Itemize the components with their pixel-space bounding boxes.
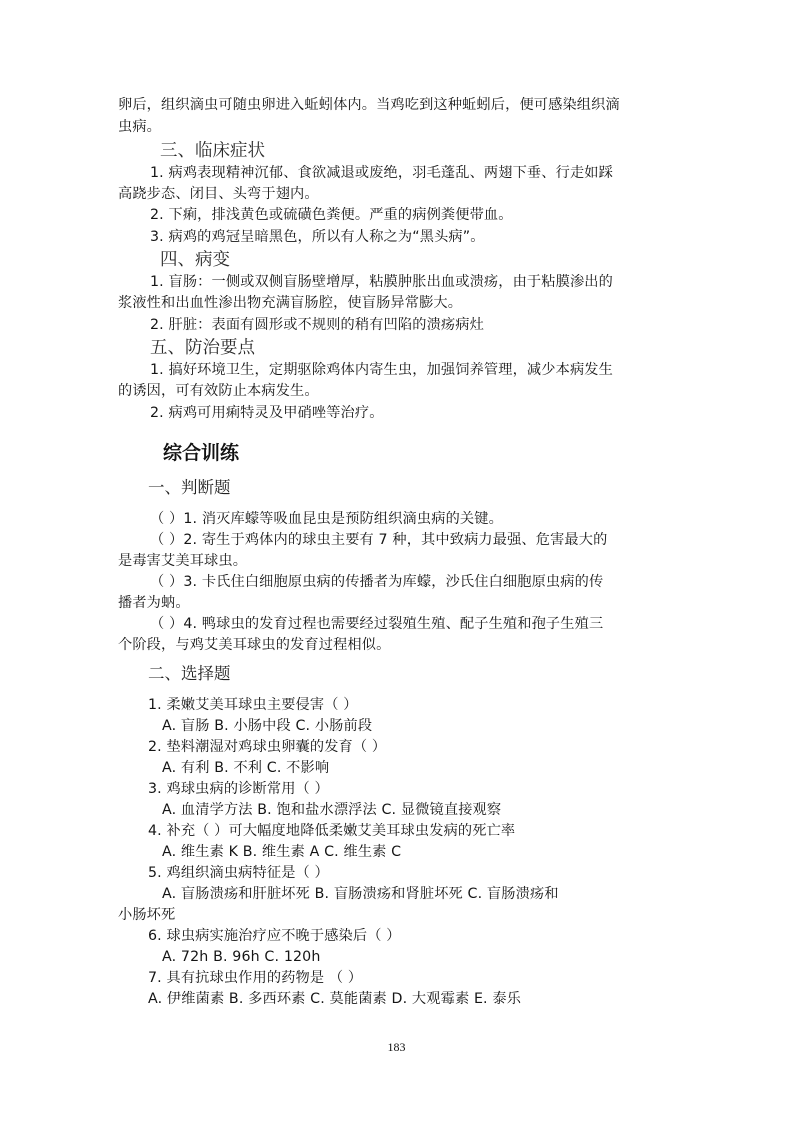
paragraph-line: 1. 病鸡表现精神沉郁、食欲减退或废绝，羽毛蓬乱、两翅下垂、行走如踩 — [150, 163, 613, 183]
choice-options: A. 伊维菌素 B. 多西环素 C. 莫能菌素 D. 大观霉素 E. 泰乐 — [148, 989, 521, 1009]
choice-options: A. 维生素 K B. 维生素 A C. 维生素 C — [162, 842, 401, 862]
choice-question: 1. 柔嫩艾美耳球虫主要侵害（ ） — [148, 695, 358, 715]
choice-question: 6. 球虫病实施治疗应不晚于感染后（ ） — [148, 926, 401, 946]
choice-options: A. 盲肠溃疡和肝脏坏死 B. 盲肠溃疡和肾脏坏死 C. 盲肠溃疡和 — [162, 884, 559, 904]
judge-item-continued: 个阶段，与鸡艾美耳球虫的发育过程相似。 — [118, 635, 390, 655]
paragraph-line: 2. 下痢，排浅黄色或硫磺色粪便。严重的病例粪便带血。 — [150, 205, 513, 225]
paragraph-line: 1. 盲肠：一侧或双侧盲肠壁增厚，粘膜肿胀出血或溃疡，由于粘膜渗出的 — [150, 272, 613, 292]
training-title: 综合训练 — [163, 441, 239, 465]
paragraph-line: 高跷步态、闭目、头弯于翅内。 — [118, 184, 319, 204]
judge-item-continued: 播者为蚋。 — [118, 593, 190, 613]
paragraph-line: 浆液性和出血性渗出物充满盲肠腔，使盲肠异常膨大。 — [118, 293, 462, 313]
judge-section-heading: 一、判断题 — [148, 477, 231, 499]
paragraph-line: 的诱因，可有效防止本病发生。 — [118, 381, 319, 401]
judge-item-continued: 是毒害艾美耳球虫。 — [118, 551, 247, 571]
paragraph-line: 卵后，组织滴虫可随虫卵进入蚯蚓体内。当鸡吃到这种蚯蚓后，便可感染组织滴 — [118, 95, 620, 115]
paragraph-line: 3. 病鸡的鸡冠呈暗黑色，所以有人称之为“黑头病”。 — [150, 227, 485, 247]
choice-question: 3. 鸡球虫病的诊断常用（ ） — [148, 779, 329, 799]
section-heading-lesions: 四、病变 — [160, 249, 230, 271]
choice-options: A. 72h B. 96h C. 120h — [162, 947, 321, 967]
choice-options-continued: 小肠坏死 — [118, 905, 175, 925]
document-page: 卵后，组织滴虫可随虫卵进入蚯蚓体内。当鸡吃到这种蚯蚓后，便可感染组织滴 虫病。 … — [0, 0, 793, 1122]
judge-item: （ ）1. 消灭库蠓等吸血昆虫是预防组织滴虫病的关键。 — [150, 509, 503, 529]
paragraph-line: 2. 病鸡可用痢特灵及甲硝唑等治疗。 — [150, 403, 384, 423]
section-heading-clinical-symptoms: 三、临床症状 — [160, 140, 265, 162]
judge-item: （ ）2. 寄生于鸡体内的球虫主要有 7 种，其中致病力最强、危害最大的 — [150, 530, 607, 550]
choice-options: A. 血清学方法 B. 饱和盐水漂浮法 C. 显微镜直接观察 — [162, 800, 501, 820]
choice-options: A. 盲肠 B. 小肠中段 C. 小肠前段 — [162, 716, 372, 736]
judge-item: （ ）3. 卡氏住白细胞原虫病的传播者为库蠓，沙氏住白细胞原虫病的传 — [150, 572, 603, 592]
page-number: 183 — [0, 1040, 793, 1055]
choice-options: A. 有利 B. 不利 C. 不影响 — [162, 758, 329, 778]
paragraph-line: 1. 搞好环境卫生，定期驱除鸡体内寄生虫，加强饲养管理，减少本病发生 — [150, 360, 613, 380]
choice-question: 7. 具有抗球虫作用的药物是 （ ） — [148, 968, 362, 988]
choice-question: 5. 鸡组织滴虫病特征是（ ） — [148, 863, 329, 883]
choice-question: 4. 补充（ ）可大幅度地降低柔嫩艾美耳球虫发病的死亡率 — [148, 821, 515, 841]
choice-section-heading: 二、选择题 — [148, 663, 231, 685]
paragraph-line: 虫病。 — [118, 117, 161, 137]
section-heading-prevention: 五、防治要点 — [150, 337, 255, 359]
paragraph-line: 2. 肝脏：表面有圆形或不规则的稍有凹陷的溃疡病灶 — [150, 315, 484, 335]
choice-question: 2. 垫料潮湿对鸡球虫卵囊的发育（ ） — [148, 737, 386, 757]
judge-item: （ ）4. 鸭球虫的发育过程也需要经过裂殖生殖、配子生殖和孢子生殖三 — [150, 614, 603, 634]
